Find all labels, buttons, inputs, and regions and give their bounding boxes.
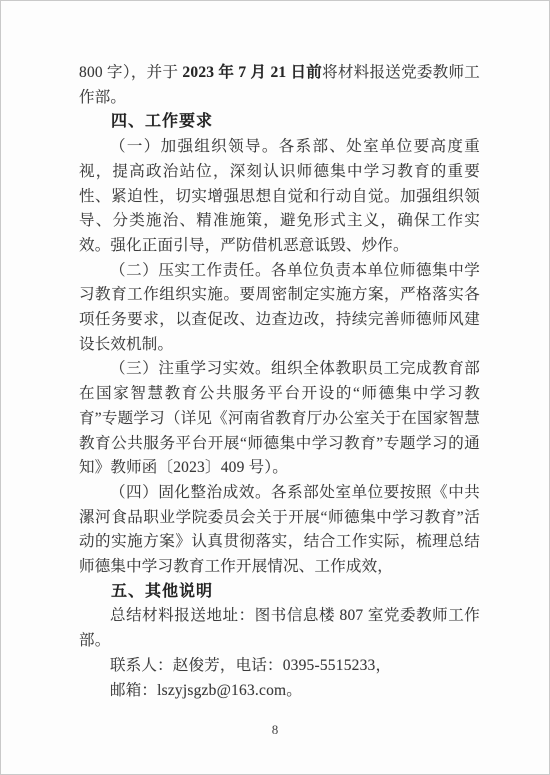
document-page: 800 字），并于 2023 年 7 月 21 日前将材料报送党委教师工作部。 … [0, 0, 550, 775]
work-requirement-item-2: （二）压实工作责任。各单位负责本单位师德集中学习教育工作组织实施。要周密制定实施… [79, 259, 480, 358]
paragraph-continuation: 800 字），并于 2023 年 7 月 21 日前将材料报送党委教师工作部。 [79, 61, 480, 110]
report-address-line: 总结材料报送地址：图书信息楼 807 室党委教师工作部。 [79, 604, 480, 653]
deadline-bold-text: 2023 年 7 月 21 日前 [182, 64, 322, 81]
continuation-text-pre: 800 字），并于 [79, 64, 182, 81]
page-number: 8 [1, 722, 549, 738]
document-body: 800 字），并于 2023 年 7 月 21 日前将材料报送党委教师工作部。 … [79, 61, 480, 703]
section-heading-work-requirements: 四、工作要求 [79, 110, 480, 135]
section-heading-other-notes: 五、其他说明 [79, 580, 480, 605]
contact-phone-line: 联系人：赵俊芳，电话：0395-5515233， [79, 654, 480, 679]
work-requirement-item-3: （三）注重学习实效。组织全体教职员工完成教育部在国家智慧教育公共服务平台开设的“… [79, 357, 480, 481]
work-requirement-item-4: （四）固化整治成效。各系部处室单位要按照《中共漯河食品职业学院委员会关于开展“师… [79, 481, 480, 580]
work-requirement-item-1: （一）加强组织领导。各系部、处室单位要高度重视，提高政治站位，深刻认识师德集中学… [79, 135, 480, 259]
email-line: 邮箱：lszyjsgzb@163.com。 [79, 679, 480, 704]
